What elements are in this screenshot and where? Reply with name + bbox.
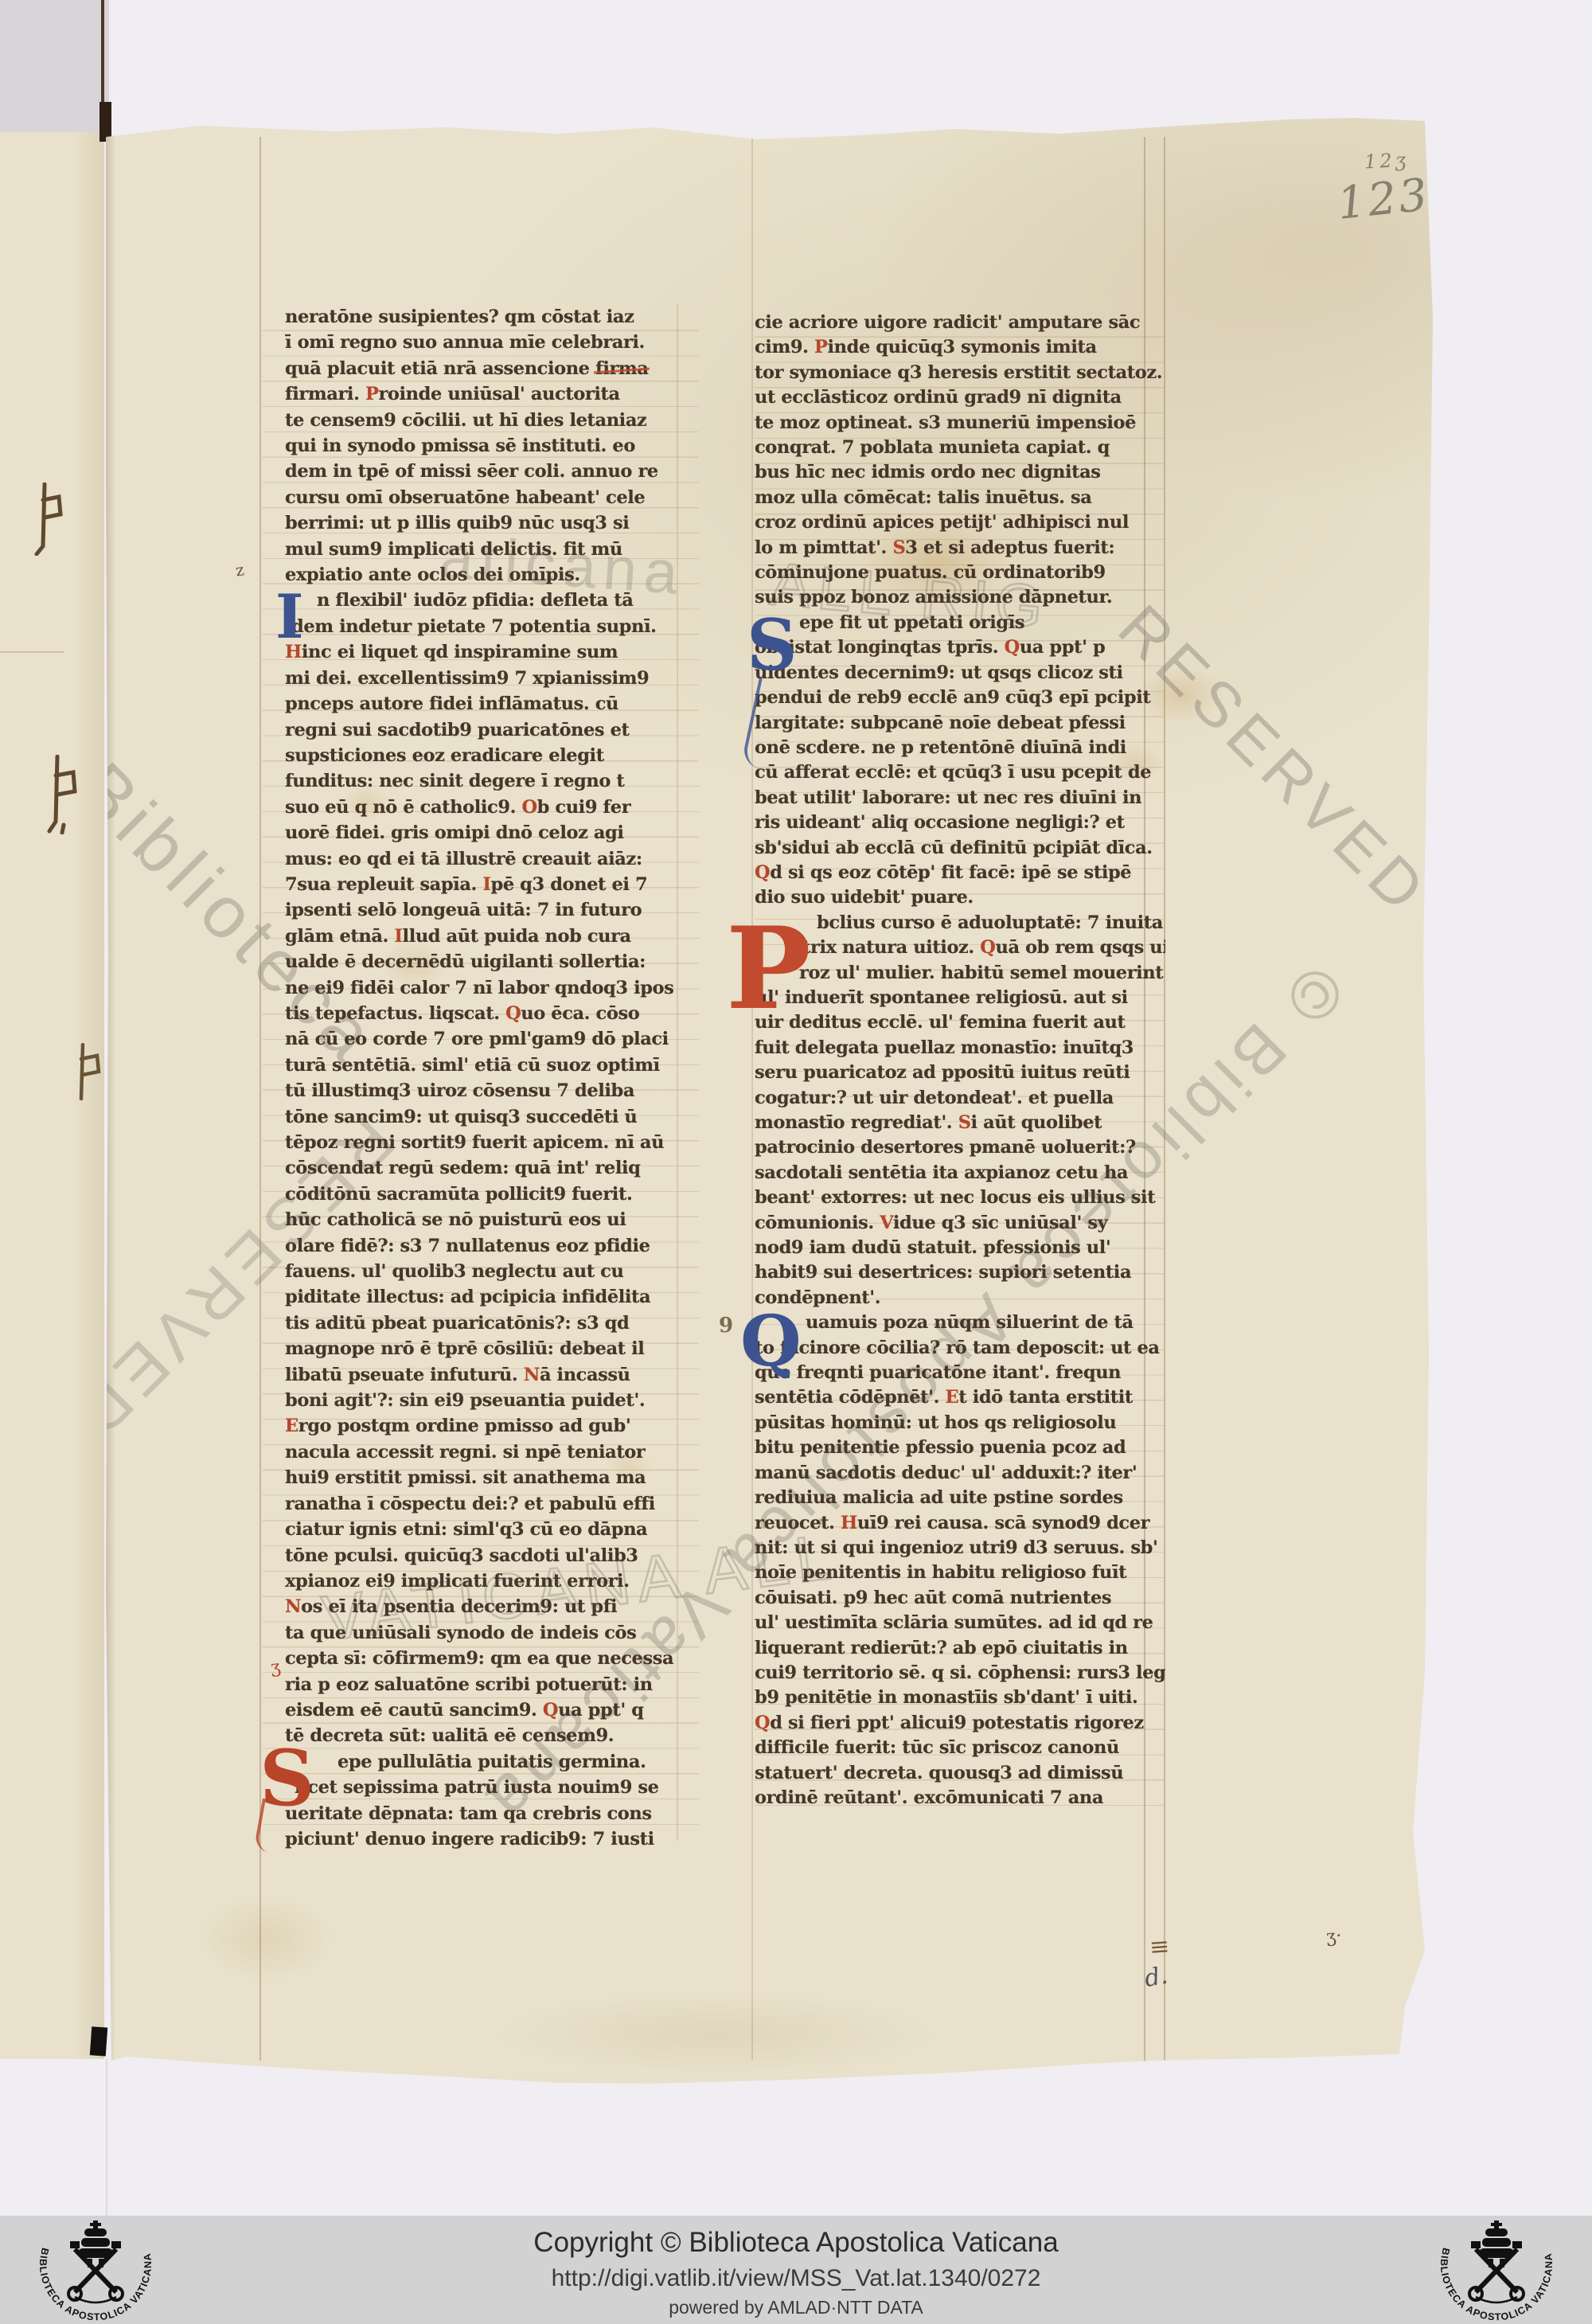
manuscript-line: te moz optineat. s3 muneriū impensioē <box>755 411 1165 436</box>
manuscript-line: liquerant redierūt:? ab epō ciuitatis in <box>755 1636 1165 1661</box>
manuscript-line: ris uideant' aliq occasione negligi:? et <box>755 810 1165 835</box>
manuscript-line: berrimi: ut p illis quib9 nūc usq3 si <box>285 510 700 536</box>
manuscript-line: ciatur ignis etni: siml'q3 cū eo dāpna <box>285 1517 700 1542</box>
manuscript-line: hui9 erstitit pmissi. sit anathema ma <box>285 1465 700 1490</box>
manuscript-line: mi dei. excellentissim9 7 xpianissim9 <box>285 666 700 691</box>
manuscript-line: que freqnti puaricatōne itant'. frequn <box>755 1361 1165 1385</box>
manuscript-line: tis aditū pbeat puaricatōnis?: s3 qd <box>285 1310 700 1336</box>
manuscript-line: cōuisati. p9 hec aūt comā nutrientes <box>755 1586 1165 1611</box>
manuscript-line: cogatur:? ut uir detondeat'. et puella <box>755 1086 1165 1111</box>
manuscript-line: seru puaricatoz ad ppositū iuitus reūti <box>755 1060 1165 1085</box>
manuscript-line: cōscendat regū sedem: quā int' reliq <box>285 1155 700 1181</box>
manuscript-line: patrocinio desertores pmanē uoluerit:? <box>755 1135 1165 1160</box>
margin-mark: d. <box>1142 1962 1169 1993</box>
manuscript-line: mus: eo qd ei tā illustrē creauit aiāz: <box>285 846 700 872</box>
footer-powered-text: powered by AMLAD·NTT DATA <box>0 2297 1592 2318</box>
manuscript-line: boni agit'?: sin ei9 pseuantia puidet'. <box>285 1388 700 1413</box>
pencil-folio-number: 123 <box>1335 169 1432 230</box>
manuscript-line: piditate illectus: ad pcipicia infidēlit… <box>285 1284 700 1310</box>
manuscript-line: magnope nrō ē tprē cōsiliū: debeat il <box>285 1336 700 1361</box>
manuscript-line: largitate: subpcanē noīe debeat pfessi <box>755 711 1165 736</box>
margin-mark: ≡ <box>1149 1932 1171 1962</box>
manuscript-line: tor symoniace q3 heresis erstitit sectat… <box>755 361 1165 385</box>
manuscript-line: cim9. Pinde quicūq3 symonis imita <box>755 335 1165 360</box>
stain <box>199 1895 334 1982</box>
manuscript-line: tēpoz regni sortit9 fuerit apicem. nī aū <box>285 1130 700 1155</box>
binding-dark-mark <box>99 102 111 142</box>
decorated-initial: Q <box>740 1306 802 1376</box>
manuscript-line: ut ecclāsticoz ordinū grad9 nī dignita <box>755 385 1165 410</box>
manuscript-line: supsticiones eoz eradicare elegit <box>285 743 700 768</box>
manuscript-line: difficile fuerit: tūc sīc priscoz canonū <box>755 1736 1165 1760</box>
manuscript-line: Qd si qs eoz cōtēp' fit facē: ipē se sti… <box>755 861 1165 885</box>
manuscript-line: suis ppoz bonoz amissione dāpnetur. <box>755 585 1165 610</box>
manuscript-line: ul' induerīt spontanee religiosū. aut si <box>755 986 1165 1010</box>
manuscript-line: sb'sidui ab ecclā cū definitū pcipiāt dī… <box>755 836 1165 861</box>
manuscript-line: tū illustimq3 uiroz cōsensu 7 deliba <box>285 1078 700 1103</box>
manuscript-line: nacula accessit regni. si npē teniator <box>285 1439 700 1465</box>
quire-mark-icon <box>45 755 80 834</box>
manuscript-line: manū sacdotis deduc' ul' adduxit:? iter' <box>755 1461 1165 1486</box>
manuscript-line: beat utilit' laborare: ut nec res diuīni… <box>755 786 1165 810</box>
manuscript-line: dem in tpē of missi sēer coli. annuo re <box>285 459 700 484</box>
manuscript-line: b9 penitētie in monastīis sb'dant' ī uit… <box>755 1685 1165 1710</box>
manuscript-line: cie acriore uigore radicit' amputare sāc <box>755 311 1165 335</box>
manuscript-line: Ergo postqm ordine pmisso ad gub' <box>285 1413 700 1439</box>
manuscript-line: hūc catholicā se nō puisturū eos ui <box>285 1207 700 1232</box>
manuscript-line: noīe penitentis in habitu religioso fuīt <box>755 1560 1165 1585</box>
manuscript-line: Hinc ei liquet qd inspiramine sum <box>285 639 700 665</box>
manuscript-line: cōminujone puatus. cū ordinatorib9 <box>755 560 1165 585</box>
manuscript-line: cui9 territorio sē. q si. cōphensi: rurs… <box>755 1661 1165 1685</box>
manuscript-line: sacdotali sentētia ita axpianoz cetu ha <box>755 1161 1165 1185</box>
manuscript-line: bclius curso ē aduoluptatē: 7 inuita <box>755 911 1165 935</box>
manuscript-line: rediuiua malicia ad uite pstine sordes <box>755 1486 1165 1510</box>
manuscript-line: to facinore cōcilia? rō tam deposcit: ut… <box>755 1336 1165 1361</box>
manuscript-line: uorē fidei. gris omipi dnō celoz agi <box>285 820 700 846</box>
manuscript-line: regni sui sacdotib9 puaricatōnes et <box>285 717 700 743</box>
manuscript-line: ul' uestimīta sclāria sumūtes. ad id qd … <box>755 1611 1165 1635</box>
manuscript-line: xpianoz ei9 implicati fuerint errori. <box>285 1568 700 1594</box>
manuscript-line: lo m pimttat'. S3 et si adeptus fuerit: <box>755 536 1165 560</box>
manuscript-line: firmari. Proinde uniūsal' auctorita <box>285 381 700 407</box>
manuscript-line: olare fidē?: s3 7 nullatenus eoz pfidie <box>285 1233 700 1259</box>
manuscript-line: statuert' decreta. quousq3 ad dimissū <box>755 1761 1165 1786</box>
manuscript-line: cōditōnū sacramūta pollicit9 fuerit. <box>285 1182 700 1207</box>
quire-mark-icon <box>73 1043 105 1107</box>
vatican-library-seal-icon: BIBLIOTECA APOSTOLICA VATICANA <box>1430 2219 1563 2322</box>
manuscript-line: fauens. ul' quolib3 neglectu aut cu <box>285 1259 700 1284</box>
decorated-initial: I <box>275 587 304 647</box>
manuscript-line: epe pullulātia puitatis germina. <box>285 1749 700 1775</box>
manuscript-line: uamuis poza nūqm siluerint de tā <box>755 1310 1165 1335</box>
quire-mark-icon <box>33 482 65 556</box>
manuscript-line: 7sua repleuit sapīa. Ipē q3 donet ei 7 <box>285 872 700 897</box>
manuscript-line: moz ulla cōmēcat: talis inuētus. sa <box>755 486 1165 510</box>
manuscript-line: piciunt' denuo ingere radicib9: 7 iusti <box>285 1826 700 1852</box>
manuscript-line: cursu omī obseruatōne habeant' cele <box>285 485 700 510</box>
manuscript-line: cū afferat ecclē: et qcūq3 ī usu pcepit … <box>755 760 1165 785</box>
margin-mark: ʒ· <box>1325 1926 1343 1947</box>
manuscript-line: bus hīc nec idmis ordo nec dignitas <box>755 460 1165 485</box>
manuscript-line: habit9 sui desertrices: supiori setentia <box>755 1260 1165 1285</box>
svg-text:BIBLIOTECA APOSTOLICA VATICANA: BIBLIOTECA APOSTOLICA VATICANA <box>1438 2247 1555 2322</box>
backing-sheet-corner <box>0 0 109 137</box>
manuscript-line: quā placuit etiā nrā assencione firma <box>285 356 700 381</box>
manuscript-line: fuit delegata puellaz monastīo: inuītq3 <box>755 1036 1165 1060</box>
manuscript-line: funditus: nec sinit degere ī regno t <box>285 768 700 794</box>
manuscript-line: ranatha ī cōspectu dei:? et pabulū effi <box>285 1491 700 1517</box>
manuscript-line: tōne pculsi. quicūq3 sacdoti ul'alib3 <box>285 1543 700 1568</box>
footer-url-text: http://digi.vatlib.it/view/MSS_Vat.lat.1… <box>0 2265 1592 2292</box>
manuscript-line: n flexibil' iudōz pfidia: defleta tā <box>285 588 700 613</box>
manuscript-line: dem indetur pietate 7 potentia supnī. <box>285 614 700 639</box>
manuscript-line: tē decreta sūt: ualitā eē censem9. <box>285 1723 700 1748</box>
manuscript-line: neratōne susipientes? qm cōstat iaz <box>285 304 700 330</box>
manuscript-column-1: neratōne susipientes? qm cōstat iazī omī… <box>285 304 700 1852</box>
manuscript-line: ueritate dēpnata: tam qa crebris cons <box>285 1801 700 1826</box>
manuscript-line: roz ul' mulier. habitū semel mouerint <box>755 961 1165 986</box>
parchment-page: BibliotecaRESERVED ©© Biblioteca Apostol… <box>0 0 1592 2216</box>
manuscript-line: ualde ē decernēdū uigilanti sollertia: <box>285 949 700 975</box>
manuscript-line: eisdem eē cautū sancim9. Qua ppt' q <box>285 1697 700 1723</box>
footer-copyright-text: Copyright © Biblioteca Apostolica Vatica… <box>0 2227 1592 2259</box>
backing-seam <box>106 2059 107 2216</box>
binding-black-mark <box>90 2026 107 2056</box>
manuscript-line: nā cū eo corde 7 ore pml'gam9 dō placi <box>285 1026 700 1052</box>
manuscript-line: uir deditus ecclē. ul' femina fuerit aut <box>755 1010 1165 1035</box>
manuscript-line: monastīo regrediat'. Si aūt quolibet <box>755 1111 1165 1135</box>
manuscript-line: ipsenti selō longeuā uitā: 7 in futuro <box>285 897 700 923</box>
manuscript-line: pūsitas hominū: ut hos qs religiosolu <box>755 1411 1165 1435</box>
decorated-initial: 9 <box>719 1315 733 1336</box>
manuscript-line: nod9 iam dudū statuit. pfessionis ul' <box>755 1236 1165 1260</box>
manuscript-column-2: cie acriore uigore radicit' amputare sāc… <box>755 311 1165 1810</box>
manuscript-line: uidentes decernim9: ut qsqs clicoz sti <box>755 661 1165 685</box>
manuscript-line: te censem9 cōcilii. ut hī dies letaniaz <box>285 408 700 433</box>
manuscript-line: obsistat longinqtas tprīs. Qua ppt' p <box>755 635 1165 660</box>
manuscript-line: Qd si fieri ppt' alicui9 potestatis rigo… <box>755 1711 1165 1736</box>
manuscript-line: cōmunionis. Vidue q3 sīc uniūsal' sy <box>755 1211 1165 1236</box>
manuscript-line: ī omī regno suo annua mīe celebrari. <box>285 330 700 355</box>
manuscript-line: libatū pseuate infuturū. Nā incassū <box>285 1362 700 1388</box>
decorated-initial: P <box>726 912 811 1025</box>
manuscript-line: pnceps autore fidei inflāmatus. cū <box>285 691 700 717</box>
manuscript-line: beant' extorres: ut nec locus eis ullius… <box>755 1185 1165 1210</box>
manuscript-line: trix natura uitioz. Quā ob rem qsqs ui <box>755 935 1165 960</box>
manuscript-line: suo eū q nō ē catholic9. Ob cui9 fer <box>285 795 700 820</box>
manuscript-line: qui in synodo pmissa sē instituti. eo <box>285 433 700 459</box>
manuscript-line: glām etnā. Illud aūt puida nob cura <box>285 924 700 949</box>
manuscript-line: tis tepefactus. liqscat. Quo ēca. cōso <box>285 1001 700 1026</box>
manuscript-line: ta que uniūsali synodo de indeis cōs <box>285 1620 700 1646</box>
scan-photo-area: BibliotecaRESERVED ©© Biblioteca Apostol… <box>0 0 1592 2216</box>
manuscript-line: Nos eī ita psentia decerim9: ut pfi <box>285 1594 700 1619</box>
manuscript-line: expiatio ante oclos dei omīpis. <box>285 562 700 588</box>
seal-arc-text: BIBLIOTECA APOSTOLICA VATICANA <box>1438 2247 1555 2322</box>
manuscript-line: pendui de reb9 ecclē an9 cūq3 epī pcipit <box>755 685 1165 710</box>
pencil-folio-number-small: 12ʒ <box>1364 149 1409 174</box>
copyright-footer-bar: BIBLIOTECA APOSTOLICA VATICANA Copyright… <box>0 2216 1592 2324</box>
manuscript-line: condēpnent'. <box>755 1286 1165 1310</box>
margin-mark: ʒ <box>270 1657 282 1678</box>
manuscript-line: croz ordinū apices petijt' adhipisci nul <box>755 510 1165 535</box>
manuscript-line: sentētia cōdēpnēt'. Et idō tanta erstiti… <box>755 1385 1165 1410</box>
margin-mark: z <box>234 560 245 580</box>
digitized-manuscript-page: BibliotecaRESERVED ©© Biblioteca Apostol… <box>0 0 1592 2324</box>
manuscript-line: licet sepissima patrū iusta nouim9 se <box>285 1775 700 1800</box>
manuscript-line: reuocet. Huī9 rei causa. scā synod9 dcer <box>755 1511 1165 1536</box>
manuscript-line: onē scdere. ne p retentōnē diuīnā indi <box>755 736 1165 760</box>
manuscript-line: ordinē reūtant'. excōmunicati 7 ana <box>755 1786 1165 1810</box>
manuscript-line: ria p eoz saluatōne scribi potuerūt: in <box>285 1672 700 1697</box>
manuscript-line: conqrat. 7 poblata munieta capiat. q <box>755 436 1165 460</box>
decorated-initial: S <box>747 610 798 680</box>
manuscript-line: epe fit ut ppetati origīs <box>755 611 1165 635</box>
manuscript-line: bitu penitentie pfessio puenia pcoz ad <box>755 1435 1165 1460</box>
manuscript-line: cepta sī: cōfirmem9: qm ea que necessa <box>285 1646 700 1671</box>
manuscript-line: nit: ut si qui ingenioz utri9 d3 seruus.… <box>755 1536 1165 1560</box>
manuscript-line: tōne sancim9: ut quisq3 succedēti ū <box>285 1104 700 1130</box>
previous-folio-ruling <box>0 651 64 653</box>
manuscript-line: turā sentētiā. siml' etiā cū suoz optimī <box>285 1053 700 1078</box>
ruling-line-vertical <box>751 137 753 2060</box>
manuscript-line: dio suo uidebit' puare. <box>755 885 1165 910</box>
stain <box>494 1990 939 2078</box>
manuscript-line: ne ei9 fidēi calor 7 nī labor qndoq3 ipo… <box>285 975 700 1001</box>
manuscript-line: mul sum9 implicati delictis. fit mū <box>285 537 700 562</box>
